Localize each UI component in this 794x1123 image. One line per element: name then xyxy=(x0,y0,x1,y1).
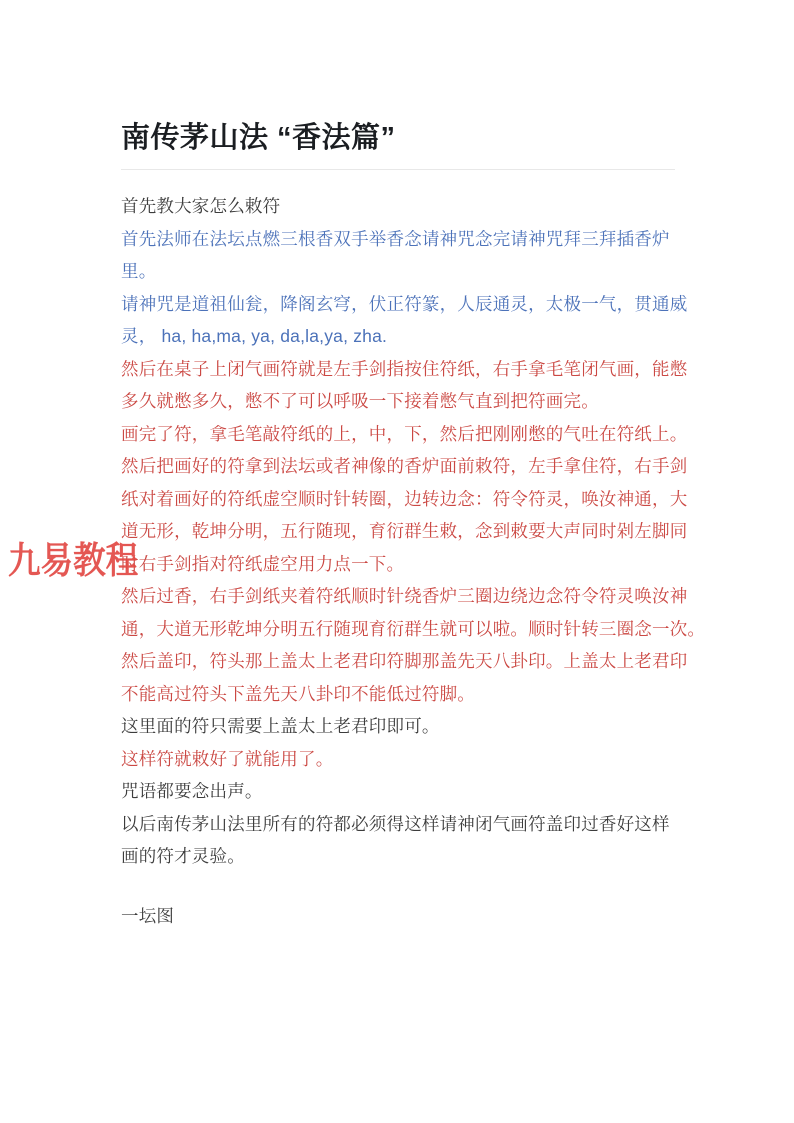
paragraph: 画完了符，拿毛笔敲符纸的上，中，下，然后把刚刚憋的气吐在符纸上。 xyxy=(121,418,678,451)
paragraph: 以后南传茅山法里所有的符都必须得这样请神闭气画符盖印过香好这样 画的符才灵验。 xyxy=(121,808,678,873)
document-body: 首先教大家怎么敕符首先法师在法坛点燃三根香双手举香念请神咒念完请神咒拜三拜插香炉… xyxy=(121,190,678,932)
paragraph: 一坛图 xyxy=(121,900,678,933)
watermark: 九易教程 xyxy=(8,542,138,579)
paragraph xyxy=(121,873,678,900)
paragraph: 咒语都要念出声。 xyxy=(121,775,678,808)
paragraph: 然后在桌子上闭气画符就是左手剑指按住符纸，右手拿毛笔闭气画，能憋 多久就憋多久，… xyxy=(121,353,678,418)
paragraph: 请神咒是道祖仙瓮，降阁玄穹，伏正符篆，人辰通灵，太极一气，贯通威 灵， ha, … xyxy=(121,288,678,353)
paragraph: 这样符就敕好了就能用了。 xyxy=(121,743,678,776)
paragraph: 然后过香，右手剑纸夹着符纸顺时针绕香炉三圈边绕边念符令符灵唤汝神 通，大道无形乾… xyxy=(121,580,678,645)
page-title: 南传茅山法 “香法篇” xyxy=(121,120,678,157)
paragraph: 首先教大家怎么敕符 xyxy=(121,190,678,223)
paragraph: 这里面的符只需要上盖太上老君印即可。 xyxy=(121,710,678,743)
title-divider xyxy=(121,169,675,170)
document-content: 南传茅山法 “香法篇” 首先教大家怎么敕符首先法师在法坛点燃三根香双手举香念请神… xyxy=(121,120,678,932)
paragraph: 首先法师在法坛点燃三根香双手举香念请神咒念完请神咒拜三拜插香炉 里。 xyxy=(121,223,678,288)
paragraph: 然后盖印，符头那上盖太上老君印符脚那盖先天八卦印。上盖太上老君印 不能高过符头下… xyxy=(121,645,678,710)
document-page: 南传茅山法 “香法篇” 首先教大家怎么敕符首先法师在法坛点燃三根香双手举香念请神… xyxy=(0,0,794,1123)
paragraph: 然后把画好的符拿到法坛或者神像的香炉面前敕符，左手拿住符，右手剑 纸对着画好的符… xyxy=(121,450,678,580)
